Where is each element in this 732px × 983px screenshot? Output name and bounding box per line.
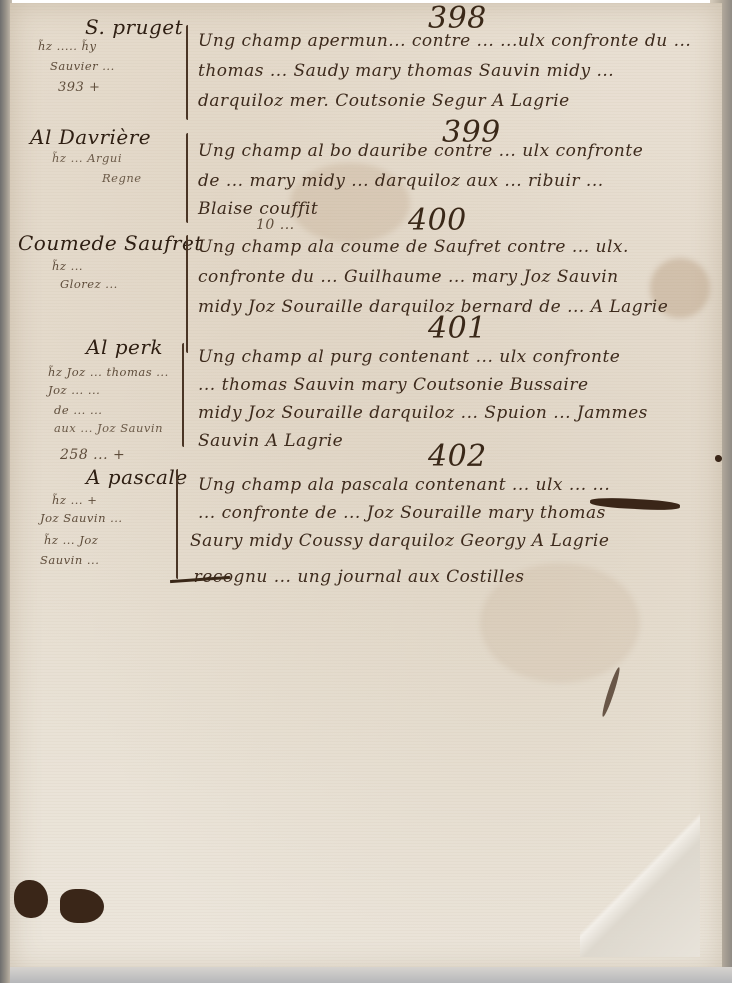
entry-bracket [186, 235, 188, 353]
entry-bracket [182, 343, 184, 447]
margin-note: h̃z ... Joz [44, 533, 98, 547]
margin-note: Joz Sauvin ... [40, 511, 123, 525]
entry-line: Saury midy Coussy darquiloz Georgy A Lag… [190, 531, 609, 551]
entry-bracket [176, 469, 178, 579]
entry-line: Sauvin A Lagrie [198, 431, 343, 451]
ink-blot [60, 889, 104, 923]
scan-bottom-edge [10, 967, 732, 983]
entry-line: darquiloz mer. Coutsonie Segur A Lagrie [198, 91, 570, 111]
folded-corner [580, 787, 700, 957]
margin-note: 393 + [58, 80, 100, 95]
entry-line: midy Joz Souraille darquiloz ... Spuion … [198, 403, 648, 423]
entry-line: de ... mary midy ... darquiloz aux ... r… [198, 171, 604, 191]
ink-blot [14, 880, 48, 918]
manuscript-page: 398 S. pruget h̃z ..... h̃y Sauvier ... … [10, 3, 722, 973]
margin-note: Joz ... ... [48, 383, 100, 397]
margin-title: Al perk [86, 335, 163, 359]
margin-note: h̃z Joz ... thomas ... [48, 365, 169, 379]
margin-note: de ... ... [54, 403, 102, 417]
entry-annotation: 10 ... [256, 217, 295, 233]
margin-note: h̃z ... Argui [52, 151, 122, 165]
entry-line: confronte du ... Guilhaume ... mary Joz … [198, 267, 619, 287]
margin-title: Al Davrière [30, 125, 151, 149]
entry-number: 402 [428, 439, 487, 474]
ink-dot [715, 455, 722, 462]
entry-line: ... thomas Sauvin mary Coutsonie Bussair… [198, 375, 589, 395]
margin-title: Coumede Saufret [18, 231, 203, 255]
margin-note: h̃z ... [52, 259, 83, 273]
margin-note: Glorez ... [60, 277, 118, 291]
entry-bracket [186, 25, 188, 120]
entry-line: Ung champ ala pascala contenant ... ulx … [198, 475, 610, 495]
margin-note: aux ... Joz Sauvin [54, 421, 163, 435]
entry-number: 400 [408, 203, 467, 238]
margin-note: Regne [102, 171, 142, 185]
margin-note: Sauvin ... [40, 553, 99, 567]
margin-pre-note: 258 ... + [60, 447, 125, 463]
entry-line: Ung champ al bo dauribe contre ... ulx c… [198, 141, 643, 161]
entry-line: thomas ... Saudy mary thomas Sauvin midy… [198, 61, 614, 81]
margin-note: h̃z ..... h̃y [38, 39, 96, 53]
entry-line: Blaise couffit [198, 199, 318, 219]
ink-splatter [600, 666, 622, 717]
margin-title: A pascale [86, 465, 188, 489]
margin-note: h̃z ... + [52, 493, 97, 507]
margin-note: Sauvier ... [50, 59, 115, 73]
entry-line: Ung champ al purg contenant ... ulx conf… [198, 347, 620, 367]
entry-number: 401 [428, 311, 487, 346]
entry-line: Ung champ ala coume de Saufret contre ..… [198, 237, 629, 257]
margin-title: S. pruget [85, 15, 183, 39]
entry-bracket [186, 133, 188, 223]
entry-line: Ung champ apermun... contre ... ...ulx c… [198, 31, 691, 51]
entry-line: ... confronte de ... Joz Souraille mary … [198, 503, 606, 523]
